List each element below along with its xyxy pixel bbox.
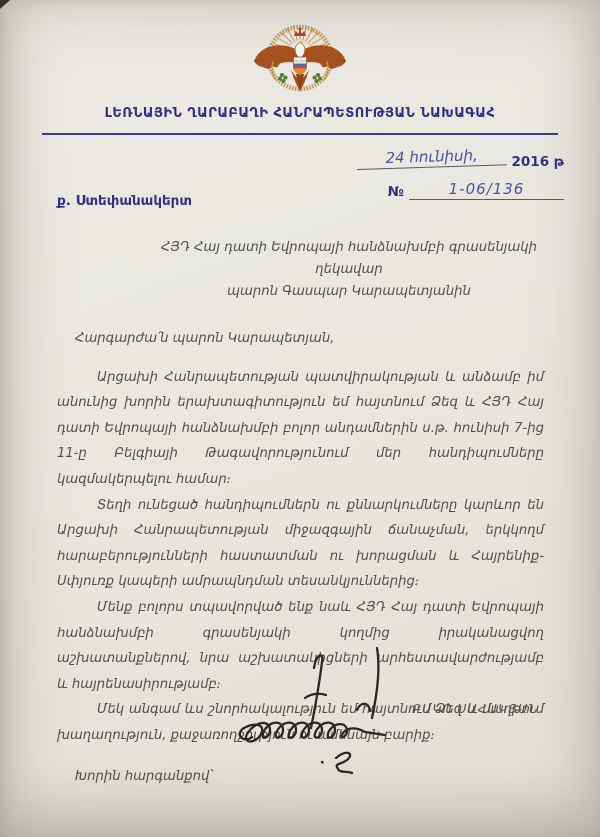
handwritten-number: 1-06/136 [409, 180, 564, 200]
handwritten-date: 24 հունիսի, [356, 145, 507, 170]
city-label: ք. Ստեփանակերտ [57, 193, 192, 209]
date-line: 24 հունիսի, 2016 թ [314, 150, 564, 170]
salutation: Հարգարժա՛ն պարոն Կարապետյան, [75, 326, 544, 352]
signer-name: ԲԱԿՈ ՍԱՀԱԿՅԱՆ [412, 701, 538, 716]
signature-mark [226, 638, 441, 793]
letterhead-title: ԼԵՌՆԱՅԻՆ ՂԱՐԱԲԱՂԻ ՀԱՆՐԱՊԵՏՈՒԹՅԱՆ ՆԱԽԱԳԱՀ [0, 106, 600, 121]
addressee-block: ՀՅԴ Հայ դատի Եվրոպայի հանձնախմբի գրասենյ… [128, 237, 570, 303]
number-line: № 1-06/136 [314, 180, 564, 200]
addressee-line1: ՀՅԴ Հայ դատի Եվրոպայի հանձնախմբի գրասենյ… [128, 237, 570, 281]
paragraph-1: Արցախի Հանրապետության պատվիրակության և ա… [57, 365, 544, 493]
coat-of-arms [250, 20, 350, 110]
addressee-line2: պարոն Գասպար Կարապետյանին [128, 281, 570, 303]
printed-year: 2016 թ [512, 154, 564, 170]
number-label: № [388, 184, 404, 200]
date-number-block: 24 հունիսի, 2016 թ № 1-06/136 [314, 150, 564, 200]
paragraph-2: Տեղի ունեցած հանդիպումներն ու քննարկումն… [57, 493, 544, 595]
letter-page: ԼԵՌՆԱՅԻՆ ՂԱՐԱԲԱՂԻ ՀԱՆՐԱՊԵՏՈՒԹՅԱՆ ՆԱԽԱԳԱՀ… [0, 0, 600, 837]
letterhead-rule [42, 133, 558, 135]
scan-corner-artifact [0, 0, 10, 9]
coat-of-arms-icon [250, 20, 350, 106]
